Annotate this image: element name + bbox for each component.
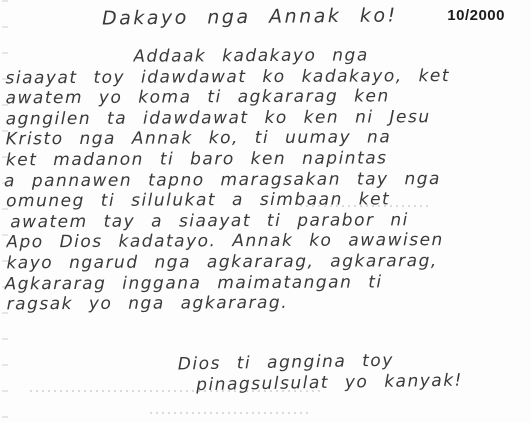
handwritten-line: kayo ngarud nga agkararag, agkararag, <box>6 251 529 274</box>
handwritten-line: Agkararag inggana maimatangan ti <box>4 271 529 294</box>
handwritten-line: omuneg ti silulukat a simbaan ket <box>6 189 529 212</box>
handwritten-line: Kristo nga Annak ko, ti uumay na <box>6 127 529 150</box>
handwritten-line: siaayat toy idawdawat ko kadakayo, ket <box>5 65 528 88</box>
handwritten-line: ragsak yo nga agkararag. <box>7 292 530 315</box>
handwritten-line: a pannawen tapno maragsakan tay nga <box>4 168 529 191</box>
handwritten-line: awatem yo koma ti agkararag ken <box>6 86 529 109</box>
scan-dot-artifact <box>150 412 310 414</box>
letter-salutation: Dakayo nga Annak ko! <box>102 4 398 29</box>
letter-closing: Dios ti agngina toy pinagsulsulat yo kan… <box>178 350 463 396</box>
scanned-letter-page: Dakayo nga Annak ko! 10/2000 Addaak kada… <box>0 0 531 422</box>
date-stamp: 10/2000 <box>447 7 505 24</box>
handwritten-line: Addaak kadakayo nga <box>133 45 528 68</box>
letter-body: Addaak kadakayo nga siaayat toy idawdawa… <box>3 45 529 315</box>
handwritten-line: pinagsulsulat yo kanyak! <box>196 370 463 395</box>
handwritten-line: Apo Dios kadatayo. Annak ko awawisen <box>6 230 529 253</box>
handwritten-line: agngilen ta idawdawat ko ken ni Jesu <box>6 106 529 129</box>
handwritten-line: ket madanon ti baro ken napintas <box>6 148 529 171</box>
handwritten-line: awatem tay a siaayat ti parabor ni <box>10 209 529 232</box>
